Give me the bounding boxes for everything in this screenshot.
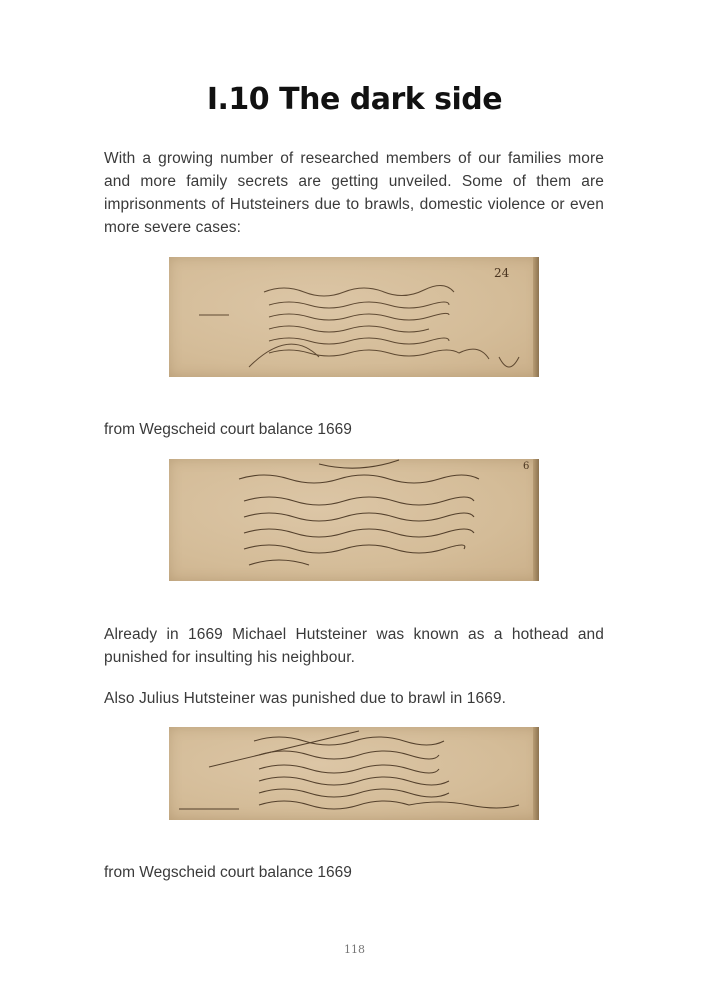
handwriting-strokes: 6 (169, 459, 539, 581)
page-number: 118 (0, 943, 709, 956)
paragraph-michael: Already in 1669 Michael Hutsteiner was k… (104, 623, 604, 669)
intro-paragraph: With a growing number of researched memb… (104, 147, 604, 239)
handwriting-strokes (169, 727, 539, 820)
image-caption-1: from Wegscheid court balance 1669 (104, 421, 352, 439)
manuscript-image-1: 24 (169, 257, 539, 377)
book-edge (533, 727, 539, 820)
manuscript-image-3 (169, 727, 539, 820)
book-edge (533, 459, 539, 581)
corner-mark: 6 (523, 461, 529, 472)
corner-mark: 24 (494, 266, 510, 280)
handwriting-strokes: 24 (169, 257, 539, 377)
paragraph-julius: Also Julius Hutsteiner was punished due … (104, 687, 604, 710)
image-caption-2: from Wegscheid court balance 1669 (104, 864, 352, 882)
book-edge (533, 257, 539, 377)
manuscript-image-2: 6 (169, 459, 539, 581)
page-title: I.10 The dark side (0, 82, 709, 117)
